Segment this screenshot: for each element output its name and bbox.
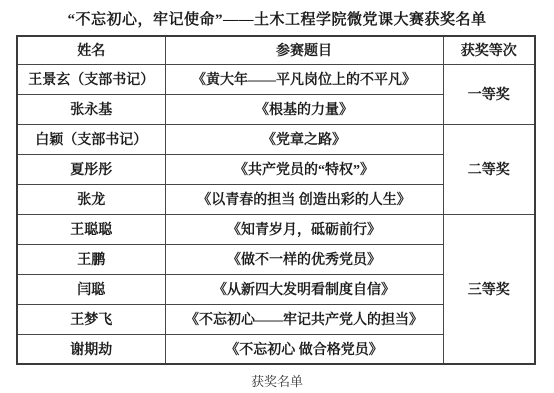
topic-cell: 《党章之路》 bbox=[165, 124, 443, 154]
name-cell: 王景玄（支部书记） bbox=[17, 64, 165, 94]
name-cell: 白颖（支部书记） bbox=[17, 124, 165, 154]
award-cell-first-prize: 一等奖 bbox=[443, 64, 535, 124]
topic-cell: 《不忘初心——牢记共产党人的担当》 bbox=[165, 304, 443, 334]
column-header-award: 获奖等次 bbox=[443, 36, 535, 64]
name-cell: 张龙 bbox=[17, 184, 165, 214]
name-cell: 王梦飞 bbox=[17, 304, 165, 334]
topic-cell: 《共产党员的“特权”》 bbox=[165, 154, 443, 184]
header-row: 姓名 参赛题目 获奖等次 bbox=[17, 36, 535, 64]
name-cell: 王聪聪 bbox=[17, 214, 165, 244]
topic-cell: 《黄大年——平凡岗位上的不平凡》 bbox=[165, 64, 443, 94]
award-cell-second-prize: 二等奖 bbox=[443, 124, 535, 214]
topic-cell: 《根基的力量》 bbox=[165, 94, 443, 124]
column-header-name: 姓名 bbox=[17, 36, 165, 64]
column-header-topic: 参赛题目 bbox=[165, 36, 443, 64]
page-title: “不忘初心，牢记使命”——土木工程学院微党课大赛获奖名单 bbox=[0, 8, 554, 29]
awards-table: 姓名 参赛题目 获奖等次 王景玄（支部书记） 《黄大年——平凡岗位上的不平凡》 … bbox=[16, 35, 536, 365]
document-page: “不忘初心，牢记使命”——土木工程学院微党课大赛获奖名单 姓名 参赛题目 获奖等… bbox=[0, 0, 554, 393]
topic-cell: 《做不一样的优秀党员》 bbox=[165, 244, 443, 274]
table-row: 白颖（支部书记） 《党章之路》 二等奖 bbox=[17, 124, 535, 154]
table-caption: 获奖名单 bbox=[0, 371, 554, 390]
topic-cell: 《以青春的担当 创造出彩的人生》 bbox=[165, 184, 443, 214]
name-cell: 张永基 bbox=[17, 94, 165, 124]
name-cell: 夏彤彤 bbox=[17, 154, 165, 184]
award-cell-third-prize: 三等奖 bbox=[443, 214, 535, 364]
name-cell: 谢期劫 bbox=[17, 334, 165, 364]
table-row: 王聪聪 《知青岁月，砥砺前行》 三等奖 bbox=[17, 214, 535, 244]
name-cell: 闫聪 bbox=[17, 274, 165, 304]
topic-cell: 《知青岁月，砥砺前行》 bbox=[165, 214, 443, 244]
name-cell: 王鹏 bbox=[17, 244, 165, 274]
topic-cell: 《从新四大发明看制度自信》 bbox=[165, 274, 443, 304]
table-row: 王景玄（支部书记） 《黄大年——平凡岗位上的不平凡》 一等奖 bbox=[17, 64, 535, 94]
topic-cell: 《不忘初心 做合格党员》 bbox=[165, 334, 443, 364]
